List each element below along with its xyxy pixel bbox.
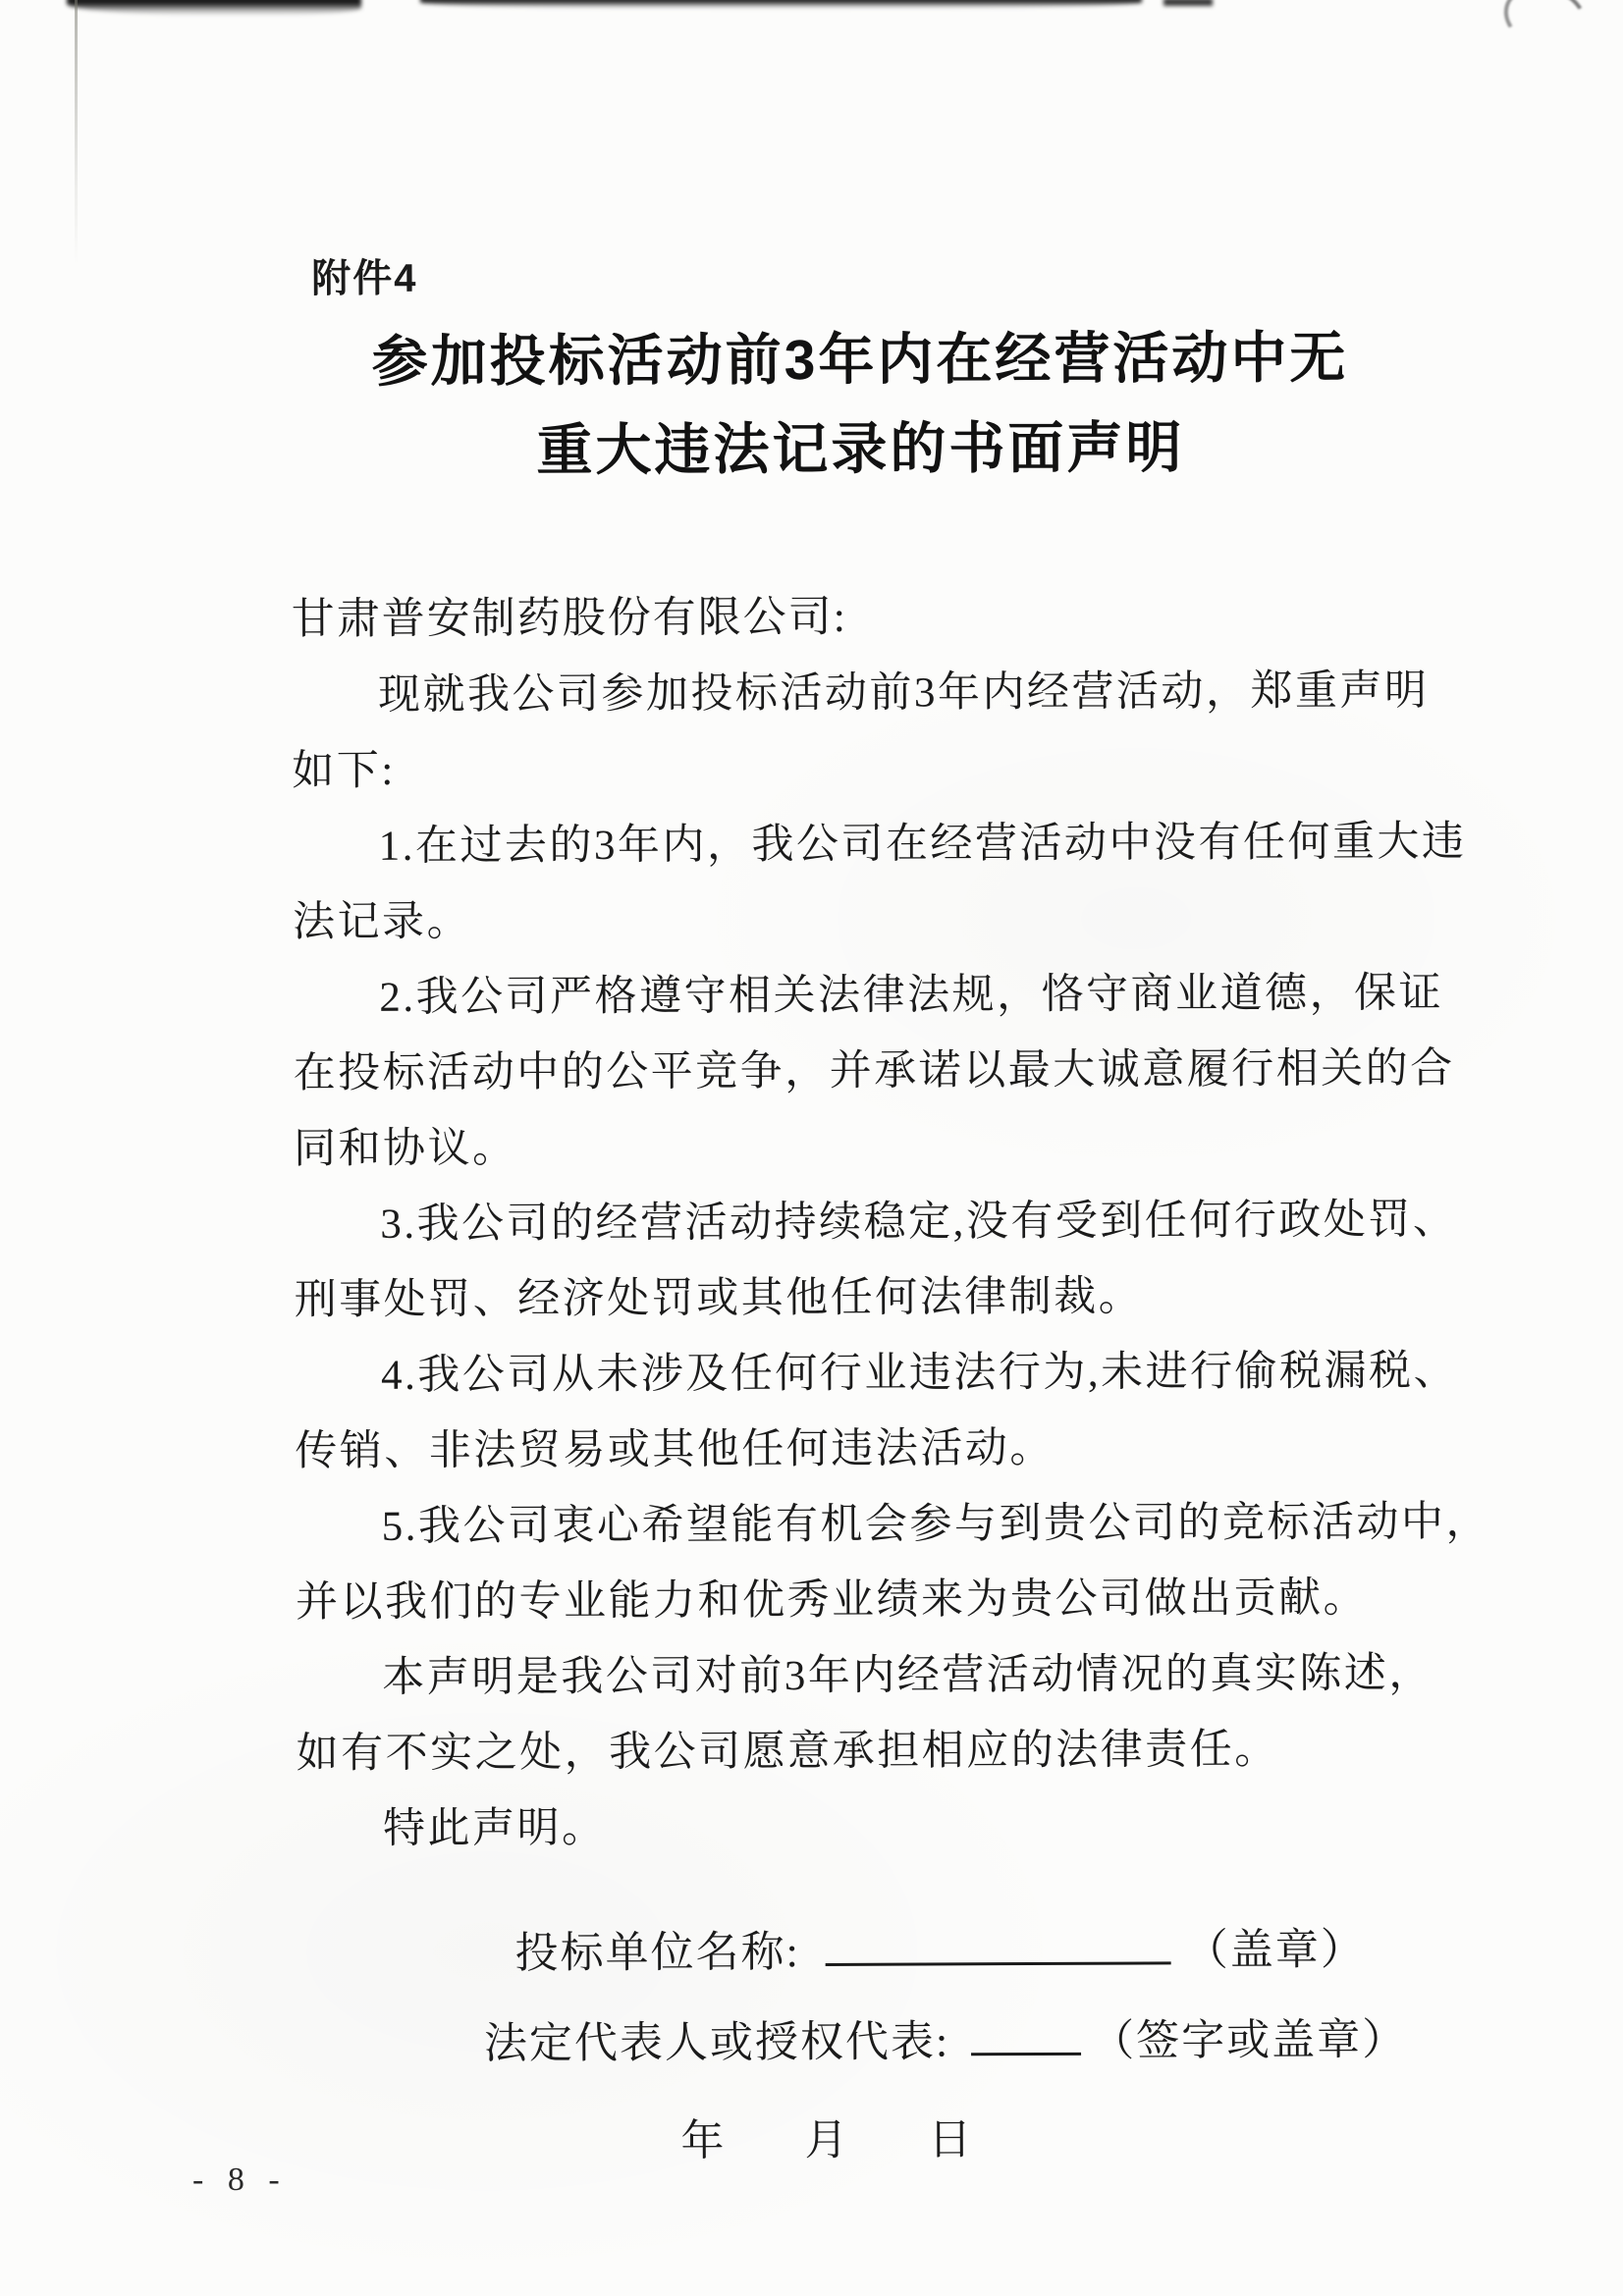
body-line: 现就我公司参加投标活动前3年内经营活动，郑重声明	[292, 653, 1470, 733]
body-line: 1.在过去的3年内，我公司在经营活动中没有任何重大违	[293, 804, 1471, 884]
body-line: 特此声明。	[297, 1787, 1475, 1867]
body-line: 传销、非法贸易或其他任何违法活动。	[295, 1409, 1473, 1489]
body-line: 本声明是我公司对前3年内经营活动情况的真实陈述，	[296, 1635, 1474, 1716]
document-content: 附件4 参加投标活动前3年内在经营活动中无 重大违法记录的书面声明 甘肃普安制药…	[0, 0, 1623, 2296]
body-line: 如下:	[292, 728, 1470, 809]
date-line: 年 月 日	[680, 2101, 1623, 2167]
body-line: 并以我们的专业能力和优秀业绩来为贵公司做出贡献。	[296, 1560, 1474, 1640]
title-line-1: 参加投标活动前3年内在经营活动中无	[99, 312, 1620, 408]
salutation: 甘肃普安制药股份有限公司:	[292, 581, 848, 646]
body-line: 在投标活动中的公平竞争，并承诺以最大诚意履行相关的合	[294, 1031, 1472, 1111]
signature-block: 投标单位名称:（盖章） 法定代表人或授权代表:（签字或盖章） 年 月 日	[4, 1912, 1623, 2170]
body-line: 3.我公司的经营活动持续稳定,没有受到任何行政处罚、	[294, 1182, 1472, 1262]
body-line: 4.我公司从未涉及任何行业违法行为,未进行偷税漏税、	[295, 1333, 1473, 1414]
bidder-name-blank	[826, 1920, 1171, 1966]
bidder-name-label: 投标单位名称:	[514, 1928, 799, 1977]
bidder-name-line: 投标单位名称:（盖章）	[514, 1912, 1623, 1994]
document-title: 参加投标活动前3年内在经营活动中无 重大违法记录的书面声明	[0, 312, 1621, 498]
body-line: 5.我公司衷心希望能有机会参与到贵公司的竞标活动中，	[296, 1484, 1474, 1565]
year-label: 年	[680, 2105, 726, 2167]
sign-or-seal-note: （签字或盖章）	[1091, 2015, 1407, 2064]
body-line: 如有不实之处，我公司愿意承担相应的法律责任。	[297, 1711, 1475, 1791]
declaration-body: 现就我公司参加投标活动前3年内经营活动，郑重声明 如下: 1.在过去的3年内，我…	[292, 653, 1475, 1867]
body-line: 法记录。	[293, 880, 1471, 960]
body-line: 刑事处罚、经济处罚或其他任何法律制裁。	[295, 1257, 1473, 1338]
month-label: 月	[804, 2105, 849, 2167]
body-line: 2.我公司严格遵守相关法律法规，恪守商业道德，保证	[293, 955, 1471, 1036]
representative-line: 法定代表人或授权代表:（签字或盖章）	[484, 2002, 1623, 2084]
page-number: - 8 -	[192, 2162, 288, 2199]
seal-note: （盖章）	[1185, 1926, 1366, 1975]
scanned-document-page: 附件4 参加投标活动前3年内在经营活动中无 重大违法记录的书面声明 甘肃普安制药…	[0, 0, 1623, 2296]
title-line-2: 重大违法记录的书面声明	[100, 401, 1621, 498]
day-label: 日	[928, 2104, 973, 2166]
representative-label: 法定代表人或授权代表:	[484, 2017, 949, 2067]
representative-blank	[971, 2011, 1081, 2056]
body-line: 同和协议。	[294, 1106, 1472, 1187]
attachment-label: 附件4	[311, 247, 417, 303]
